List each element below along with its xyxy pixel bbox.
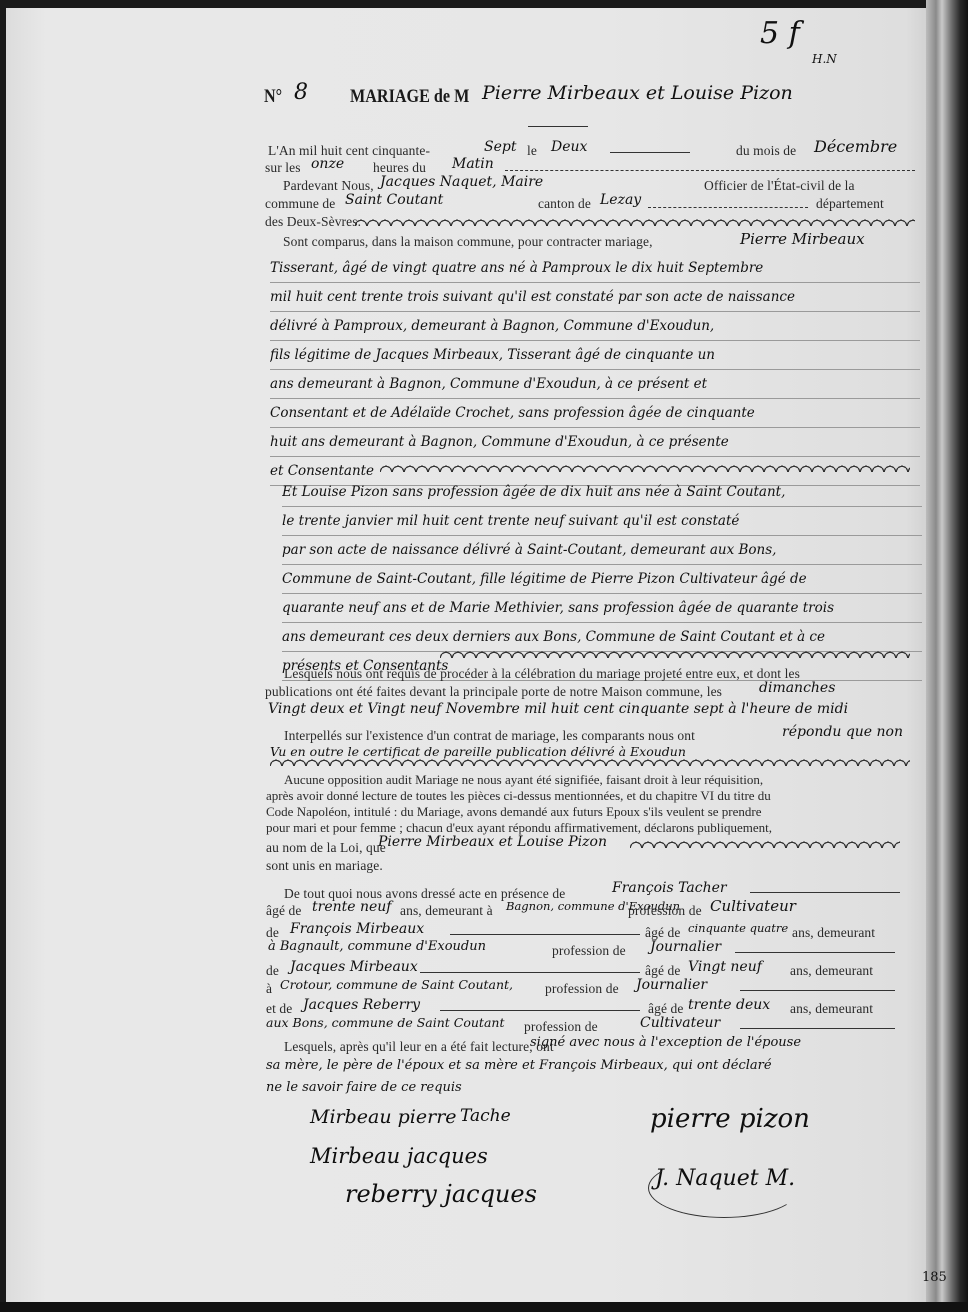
bride-line: Et Louise Pizon sans profession âgée de …	[282, 478, 922, 507]
fill-rule	[420, 972, 640, 973]
contract-answer: répondu que non	[782, 724, 903, 740]
header-year-label: L'An mil huit cent cinquante-	[268, 143, 430, 159]
header-officer-title: Officier de l'État-civil de la	[704, 178, 855, 194]
bride-line: ans demeurant ces deux derniers aux Bons…	[282, 623, 922, 652]
witness-2-residence: à Bagnault, commune d'Exoudun	[268, 939, 486, 954]
witness-3-residence: Crotour, commune de Saint Coutant,	[280, 977, 513, 992]
signature-jacques-mirbeau: Mirbeau jacques	[310, 1144, 488, 1168]
header-month-value: Décembre	[814, 137, 897, 156]
witness-2-profession: Journalier	[650, 939, 721, 955]
header-le-label: le	[527, 143, 537, 159]
witness-2-age: cinquante quatre	[688, 921, 788, 935]
groom-name: Pierre Mirbeaux	[740, 230, 865, 248]
witness-3-age: Vingt neuf	[688, 959, 762, 975]
fill-rule	[648, 207, 808, 208]
witness-4-profession: Cultivateur	[640, 1015, 720, 1031]
bride-line: par son acte de naissance délivré à Sain…	[282, 536, 922, 565]
corner-annotation-sub: H.N	[812, 52, 837, 66]
witness-2-name: François Mirbeaux	[290, 921, 424, 937]
groom-line: fils légitime de Jacques Mirbeaux, Tisse…	[270, 341, 920, 370]
fill-rule	[735, 952, 895, 953]
groom-line: délivré à Pamproux, demeurant à Bagnon, …	[270, 312, 920, 341]
header-canton-label: canton de	[538, 196, 591, 212]
header-month-label: du mois de	[736, 143, 796, 159]
contract-question: Interpellés sur l'existence d'un contrat…	[284, 728, 695, 744]
signature-jacques-reberry: reberry jacques	[345, 1180, 537, 1208]
header-year-value: Sept	[484, 139, 516, 155]
groom-line: Consentant et de Adélaïde Crochet, sans …	[270, 399, 920, 428]
groom-details: Tisserant, âgé de vingt quatre ans né à …	[270, 254, 920, 486]
bride-line: Commune de Saint-Coutant, fille légitime…	[282, 565, 922, 594]
closing-text: Lesquels, après qu'il leur en a été fait…	[284, 1039, 554, 1055]
signature-witness-tache: Tache	[460, 1106, 511, 1126]
witness-prefix: de	[266, 963, 279, 979]
corner-annotation: 5 f	[760, 16, 800, 51]
title-rule	[528, 126, 588, 127]
comparants-intro: Sont comparus, dans la maison commune, p…	[283, 234, 653, 250]
witness-3-profession: Journalier	[636, 977, 707, 993]
witness-1-profession: Cultivateur	[710, 897, 796, 915]
declaration-line: Code Napoléon, intitulé : du Mariage, av…	[266, 804, 924, 820]
bride-line: le trente janvier mil huit cent trente n…	[282, 507, 922, 536]
publications-days: dimanches	[759, 680, 835, 696]
signature-groom: Mirbeau pierre	[310, 1106, 457, 1128]
law-label: au nom de la Loi, que	[266, 840, 386, 856]
header-hour-value: onze	[311, 156, 344, 172]
united-names: Pierre Mirbeaux et Louise Pizon	[378, 834, 607, 850]
act-number-label: N°	[264, 86, 282, 108]
publications-dates: Vingt deux et Vingt neuf Novembre mil hu…	[268, 701, 848, 717]
title-printed: MARIAGE de M	[350, 86, 469, 108]
fill-flourish	[355, 218, 915, 226]
closing-hand-1: signé avec nous à l'exception de l'épous…	[530, 1035, 801, 1050]
page-number: 185	[922, 1270, 947, 1285]
witness-4-name: Jacques Reberry	[303, 997, 420, 1013]
fill-rule	[740, 990, 895, 991]
declaration-text: Aucune opposition audit Mariage ne nous …	[284, 772, 924, 836]
publications-text: Lesquels nous ont requis de procéder à l…	[284, 666, 800, 682]
act-number: 8	[294, 80, 308, 105]
groom-line: huit ans demeurant à Bagnon, Commune d'E…	[270, 428, 920, 457]
declaration-line: après avoir donné lecture de toutes les …	[266, 788, 924, 804]
groom-line: Tisserant, âgé de vingt quatre ans né à …	[270, 254, 920, 283]
book-binding	[926, 0, 968, 1312]
header-day-value: Deux	[551, 139, 587, 155]
groom-line: ans demeurant à Bagnon, Commune d'Exoudu…	[270, 370, 920, 399]
header-canton-value: Lezay	[600, 192, 641, 208]
witness-3-name: Jacques Mirbeaux	[290, 959, 418, 975]
header-commune-value: Saint Coutant	[345, 192, 443, 208]
header-officer-value: Jacques Naquet, Maire	[380, 174, 543, 190]
header-commune-label: commune de	[265, 196, 335, 212]
header-department-label: département	[816, 196, 884, 212]
witness-1-age: trente neuf	[312, 899, 391, 915]
declaration-line: Aucune opposition audit Mariage ne nous …	[284, 772, 924, 788]
bride-line: quarante neuf ans et de Marie Methivier,…	[282, 594, 922, 623]
publications-text: publications ont été faites devant la pr…	[265, 684, 722, 700]
mayor-paraph-flourish	[648, 1158, 800, 1218]
fill-flourish	[440, 650, 910, 658]
witness-1-name: François Tacher	[612, 880, 727, 896]
header-department-value: des Deux-Sèvres.	[265, 214, 361, 230]
fill-flourish	[630, 840, 900, 848]
groom-line: mil huit cent trente trois suivant qu'il…	[270, 283, 920, 312]
united-statement: sont unis en mariage.	[266, 858, 383, 874]
scan-bottom-edge	[0, 1302, 968, 1312]
fill-rule	[740, 1028, 895, 1029]
witness-4-age: trente deux	[688, 997, 770, 1013]
witness-4-residence: aux Bons, commune de Saint Coutant	[266, 1015, 504, 1030]
fill-rule	[505, 170, 915, 171]
fill-rule	[610, 152, 690, 153]
fill-flourish	[270, 758, 910, 766]
closing-hand-2: sa mère, le père de l'époux et sa mère e…	[266, 1058, 772, 1073]
fill-rule	[750, 892, 900, 893]
closing-hand-3: ne le savoir faire de ce requis	[266, 1080, 462, 1095]
fill-rule	[450, 934, 640, 935]
fill-rule	[440, 1010, 640, 1011]
title-handwritten: Pierre Mirbeaux et Louise Pizon	[482, 82, 793, 104]
header-time-value: Matin	[452, 156, 494, 172]
publication-certificate: Vu en outre le certificat de pareille pu…	[270, 744, 686, 759]
header-hour-label: sur les	[265, 160, 301, 176]
fill-flourish	[380, 464, 910, 472]
signature-pierre-pizon: pierre pizon	[650, 1104, 810, 1134]
